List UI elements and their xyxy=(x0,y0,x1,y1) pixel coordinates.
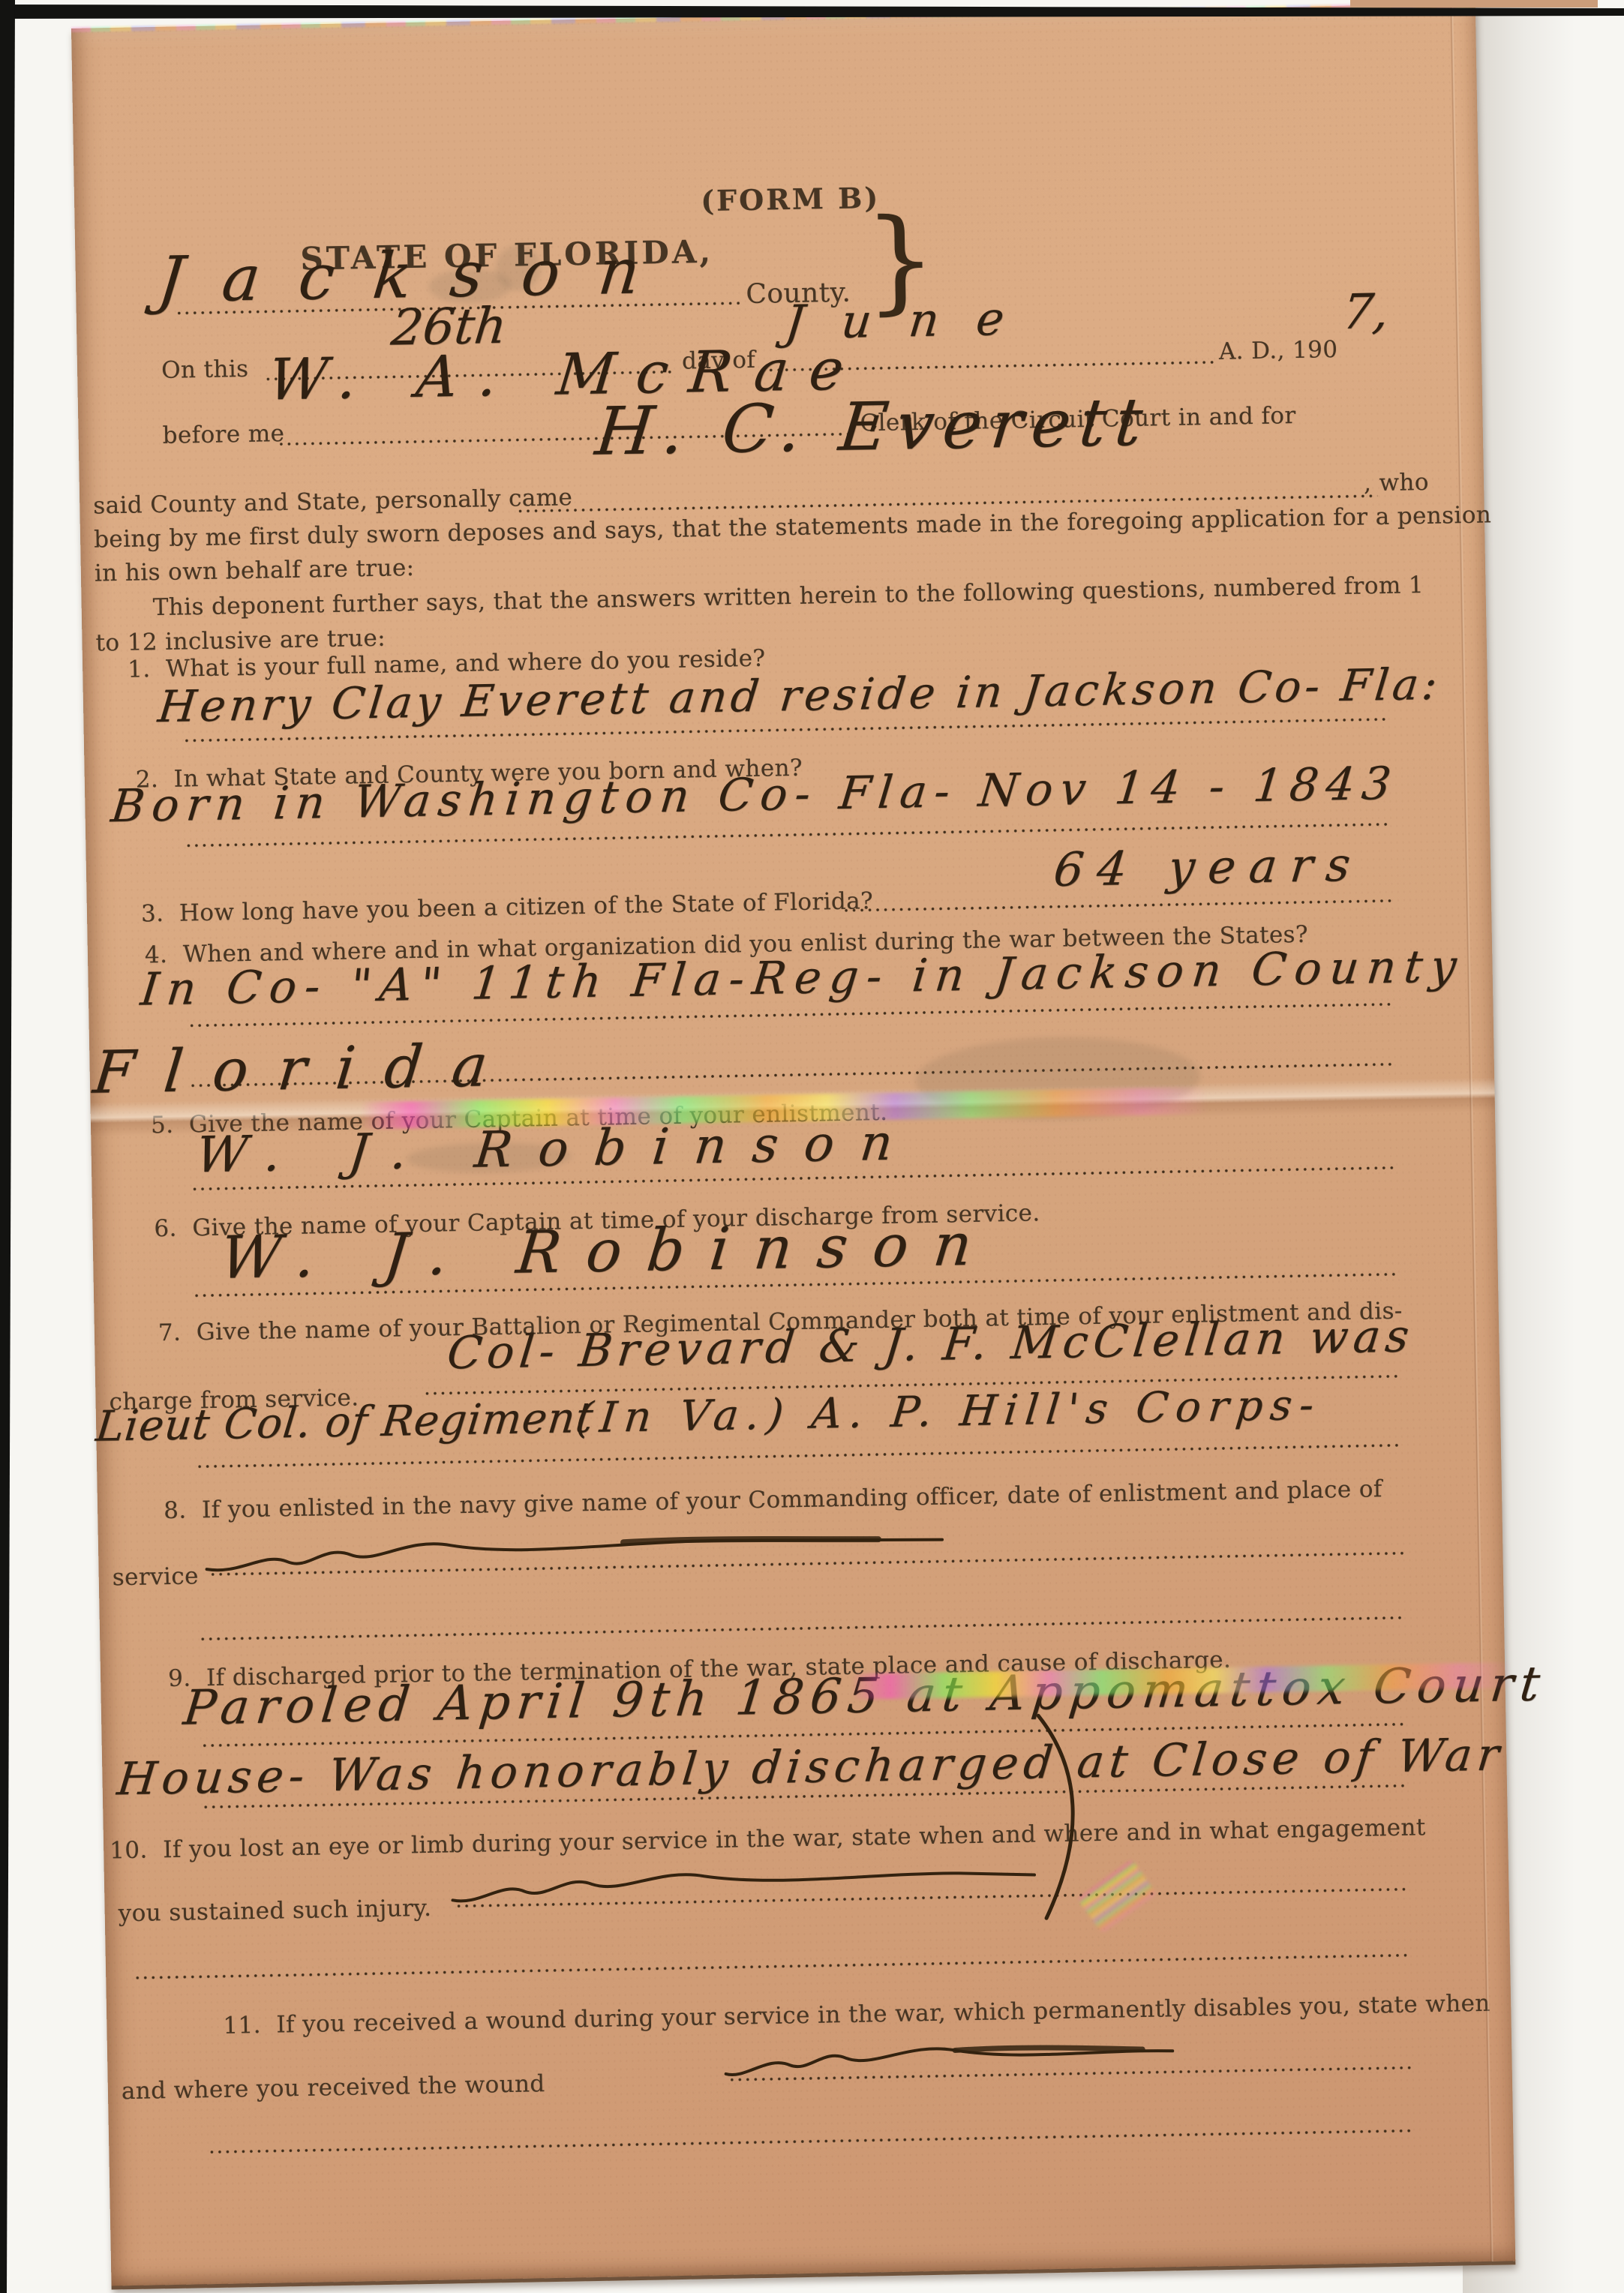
question-number: 10. xyxy=(110,1837,148,1865)
paper-edge-peek xyxy=(1350,0,1598,8)
question-text: If you received a wound during your serv… xyxy=(276,1990,1490,2039)
answer-squiggle xyxy=(722,2028,1181,2081)
scanned-document: (FORM B) STATE OF FLORIDA, Jackson Count… xyxy=(0,0,1624,2293)
behalf-line: in his own behalf are true: xyxy=(95,554,415,587)
before-me-label: before me xyxy=(162,420,284,449)
came-line: said County and State, personally came xyxy=(93,484,573,519)
question-10-line2: you sustained such injury. xyxy=(118,1895,431,1927)
answer-6-handwritten: W. J. Robinson xyxy=(217,1211,1000,1292)
dotted-line xyxy=(198,1444,1402,1469)
question-number: 6. xyxy=(154,1215,177,1243)
question-number: 11. xyxy=(223,2012,261,2039)
answer-4-line2-handwritten: Florida xyxy=(90,1032,521,1107)
question-number: 3. xyxy=(141,900,164,928)
question-8-line1: 8. If you enlisted in the navy give name… xyxy=(164,1475,1382,1524)
question-11-line2: and where you received the wound xyxy=(122,2070,545,2105)
ad-label: A. D., 190 xyxy=(1219,336,1338,365)
deponent-name-handwritten: H. C. Everett xyxy=(592,383,1154,470)
question-number: 7. xyxy=(158,1319,182,1347)
answer-3-handwritten: 64 years xyxy=(1051,836,1366,896)
dotted-line xyxy=(845,899,1392,912)
question-3: 3. How long have you been a citizen of t… xyxy=(141,887,874,927)
question-number: 1. xyxy=(128,656,151,683)
on-this-label: On this xyxy=(161,356,249,384)
pension-form-page: (FORM B) STATE OF FLORIDA, Jackson Count… xyxy=(71,4,1515,2290)
dotted-line xyxy=(210,2129,1414,2154)
question-text: How long have you been a citizen of the … xyxy=(179,887,874,926)
dotted-line xyxy=(201,1616,1405,1641)
who-suffix: , who xyxy=(1364,469,1430,497)
answer-squiggle xyxy=(449,1850,1043,1907)
dotted-line xyxy=(136,1954,1411,1979)
question-number: 8. xyxy=(164,1497,187,1525)
scanner-edge-bar-left xyxy=(0,0,20,2293)
answer-squiggle xyxy=(203,1517,954,1577)
form-label: (FORM B) xyxy=(701,181,881,218)
answer-7-line2a-handwritten: Lieut Col. of Regiment xyxy=(94,1394,596,1451)
question-text: If you enlisted in the navy give name of… xyxy=(202,1475,1382,1523)
question-11-line1: 11. If you received a wound during your … xyxy=(223,1990,1490,2039)
question-8-line2: service xyxy=(112,1562,199,1591)
year-handwritten: 7, xyxy=(1340,284,1391,341)
